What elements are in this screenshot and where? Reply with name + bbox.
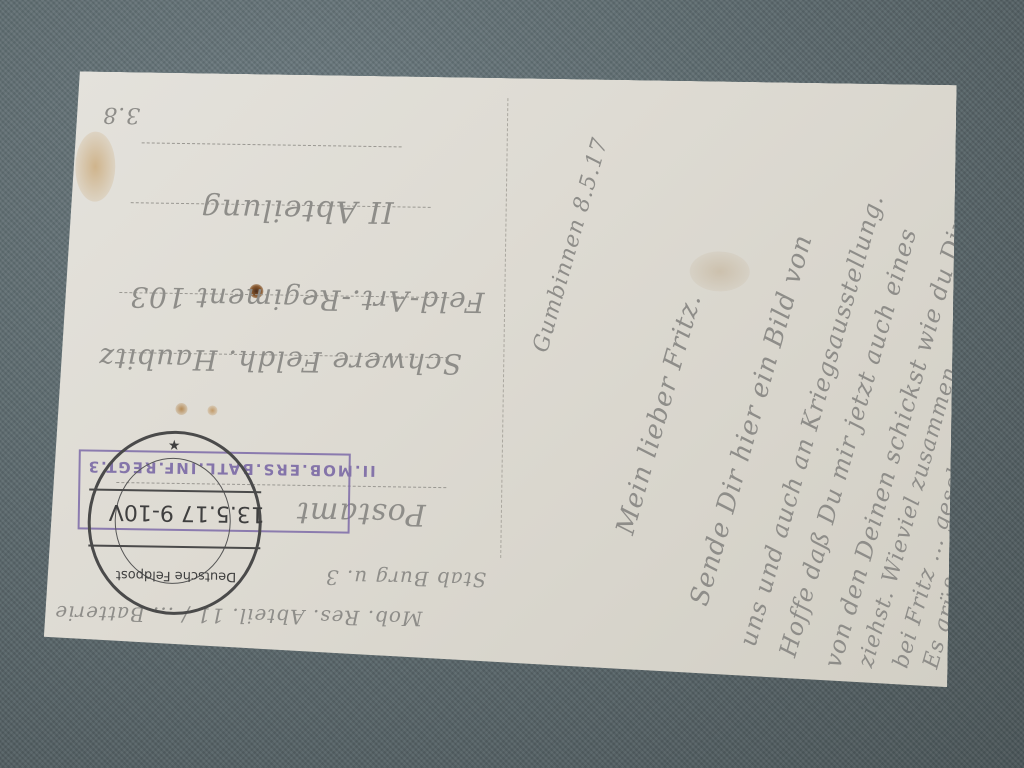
foxing-spot (175, 403, 187, 415)
sender-line-1: Stab Burg u. 3 (325, 565, 487, 592)
card-divider (500, 98, 508, 558)
foxing-spot (689, 251, 750, 292)
recipient-line-3: Schwere Feldh. Haubitz (98, 342, 462, 381)
sender-line-2: Mob. Res. Abteil. 11 / ... Batterie (54, 601, 423, 631)
message-date: Gumbinnen 8.5.17 (528, 135, 613, 356)
foxing-spot (75, 131, 116, 202)
address-line (142, 142, 402, 147)
foxing-spot (207, 405, 217, 415)
feldpost-postmark: ★ 13.5.17 9-10V Deutsche Feldpost (86, 430, 263, 617)
message-salutation: Mein lieber Fritz. (611, 290, 708, 538)
postmark-date: 13.5.17 9-10V (109, 499, 265, 526)
recipient-line-2: Feld-Art.-Regiment 103 (129, 280, 485, 319)
postmark-star: ★ (168, 438, 181, 454)
corner-note: 3.8 (102, 102, 140, 128)
postmark-ring-text: Deutsche Feldpost (116, 567, 237, 584)
recipient-line-1: II Abteilung (200, 191, 393, 229)
postcard: 3.8 II Abteilung Feld-Art.-Regiment 103 … (43, 71, 956, 687)
